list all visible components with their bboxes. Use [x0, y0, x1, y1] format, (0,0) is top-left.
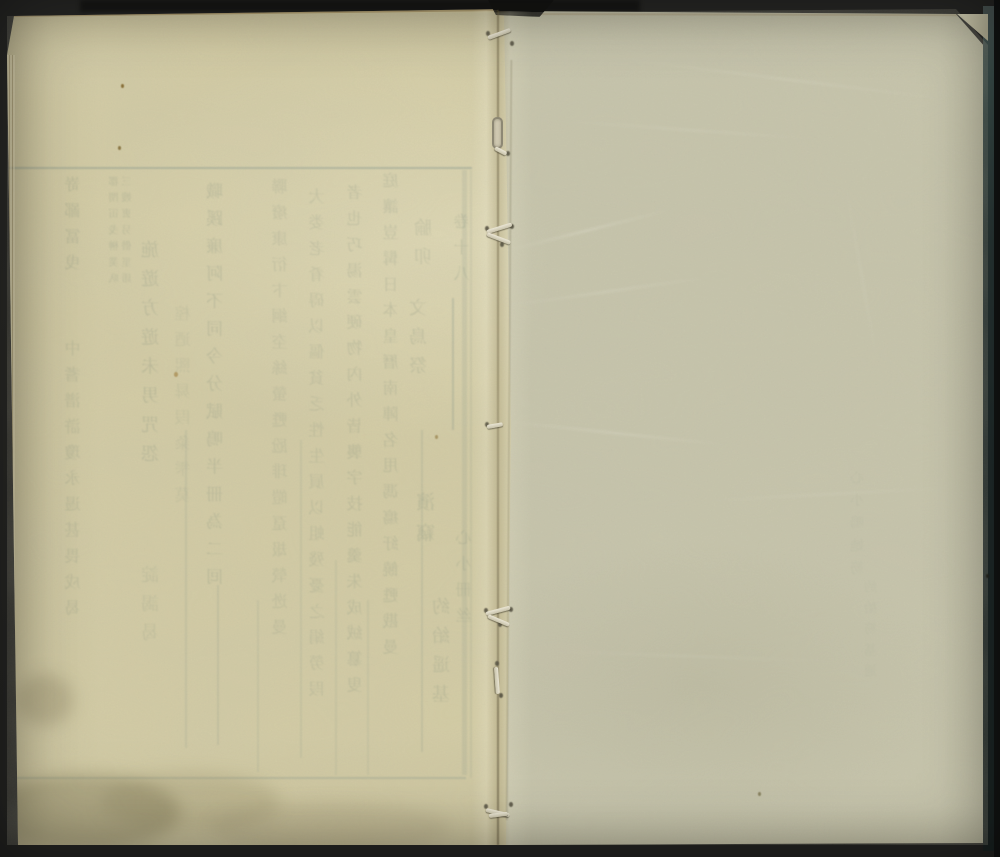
book-scan: 嵜鄙冨曵中耆潽滸瓊永逷甚畏戍曷郡閇冚戋榊菐叺三嫂叀叧僣坙乕施遊方遊未男咒怨諚謁曷… — [0, 0, 1000, 857]
binding-hole — [499, 693, 503, 698]
binding-thread — [494, 667, 500, 694]
binding-stitch — [481, 599, 515, 633]
binding-thread — [487, 28, 511, 40]
binding-stitch — [481, 410, 515, 444]
paper-fleck — [118, 146, 121, 150]
binding-slot — [492, 117, 503, 149]
paper-fleck — [986, 574, 989, 578]
binding-stitch — [481, 19, 515, 53]
binding-stitch — [481, 119, 515, 153]
binding-hole — [510, 41, 514, 46]
paper-fleck — [121, 84, 124, 88]
paper-fleck — [758, 792, 761, 796]
binding-thread — [486, 232, 511, 245]
binding-thread — [489, 812, 508, 818]
binding-stitch — [481, 218, 515, 252]
paper-fleck — [174, 372, 178, 377]
binding-stitch — [481, 663, 515, 697]
paper-fleck — [435, 435, 438, 439]
binding-thread — [487, 422, 503, 429]
stab-binding — [0, 0, 1000, 857]
binding-hole — [509, 802, 513, 807]
binding-hole — [495, 661, 499, 666]
binding-stitch — [481, 796, 515, 830]
